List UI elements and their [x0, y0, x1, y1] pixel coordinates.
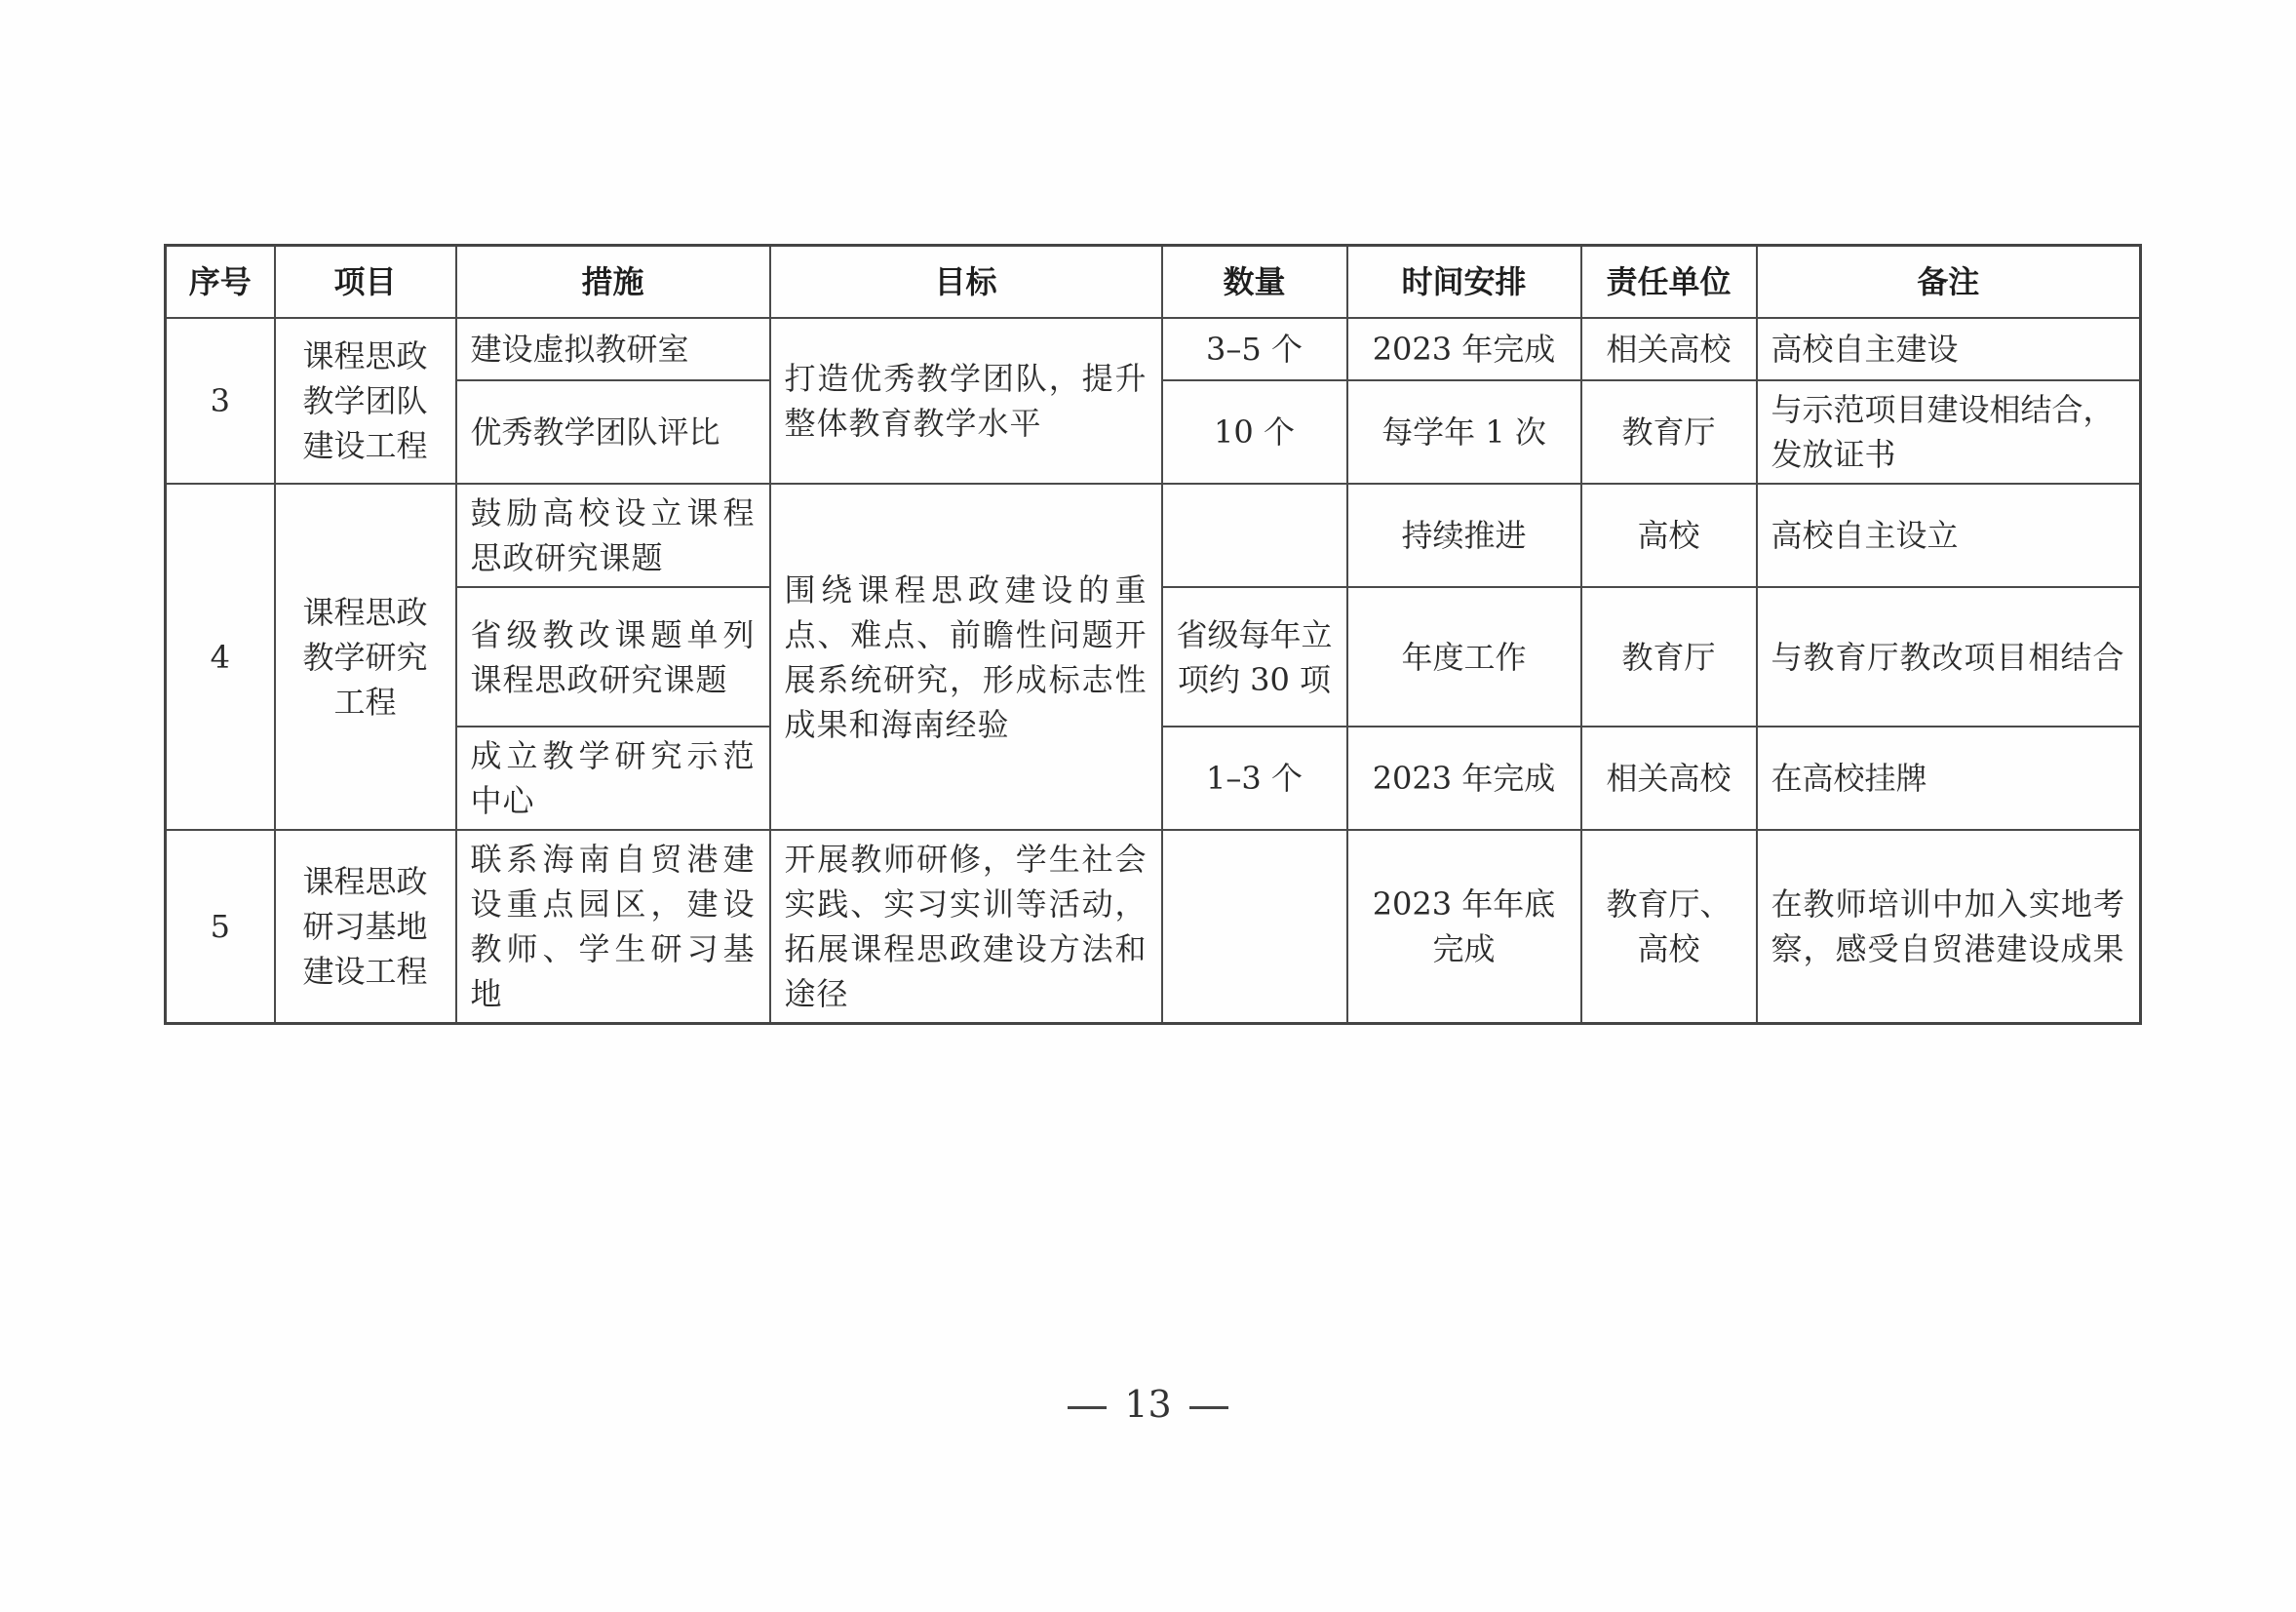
cell-goal: 打造优秀教学团队，提升整体教育教学水平	[770, 318, 1162, 484]
cell-note: 在教师培训中加入实地考察，感受自贸港建设成果	[1757, 830, 2141, 1024]
header-goal: 目标	[770, 246, 1162, 319]
cell-no: 4	[166, 484, 275, 830]
dash-right	[1189, 1406, 1228, 1409]
cell-note: 高校自主建设	[1757, 318, 2141, 380]
document-page: 序号 项目 措施 目标 数量 时间安排 责任单位 备注 3 课程思政教学团队建设…	[0, 0, 2296, 1612]
cell-quantity: 1–3 个	[1162, 727, 1347, 830]
cell-unit: 教育厅	[1581, 587, 1757, 727]
cell-quantity: 省级每年立项约 30 项	[1162, 587, 1347, 727]
cell-measure: 联系海南自贸港建设重点园区，建设教师、学生研习基地	[456, 830, 770, 1024]
cell-project: 课程思政研习基地建设工程	[275, 830, 456, 1024]
cell-unit: 相关高校	[1581, 727, 1757, 830]
page-number-text: 13	[1124, 1383, 1171, 1426]
cell-quantity: 10 个	[1162, 380, 1347, 484]
cell-unit: 教育厅	[1581, 380, 1757, 484]
table-row: 3 课程思政教学团队建设工程 建设虚拟教研室 打造优秀教学团队，提升整体教育教学…	[166, 318, 2141, 380]
page-number: 13	[0, 1383, 2296, 1426]
cell-unit: 教育厅、高校	[1581, 830, 1757, 1024]
cell-unit: 高校	[1581, 484, 1757, 587]
header-no: 序号	[166, 246, 275, 319]
table-row: 4 课程思政教学研究工程 鼓励高校设立课程思政研究课题 围绕课程思政建设的重点、…	[166, 484, 2141, 587]
cell-note: 与教育厅教改项目相结合	[1757, 587, 2141, 727]
cell-measure: 建设虚拟教研室	[456, 318, 770, 380]
table-row: 5 课程思政研习基地建设工程 联系海南自贸港建设重点园区，建设教师、学生研习基地…	[166, 830, 2141, 1024]
cell-project: 课程思政教学研究工程	[275, 484, 456, 830]
cell-measure: 省级教改课题单列课程思政研究课题	[456, 587, 770, 727]
cell-quantity	[1162, 484, 1347, 587]
header-measure: 措施	[456, 246, 770, 319]
cell-schedule: 每学年 1 次	[1347, 380, 1581, 484]
cell-note: 在高校挂牌	[1757, 727, 2141, 830]
cell-goal: 围绕课程思政建设的重点、难点、前瞻性问题开展系统研究，形成标志性成果和海南经验	[770, 484, 1162, 830]
project-plan-table: 序号 项目 措施 目标 数量 时间安排 责任单位 备注 3 课程思政教学团队建设…	[164, 244, 2142, 1025]
header-row: 序号 项目 措施 目标 数量 时间安排 责任单位 备注	[166, 246, 2141, 319]
header-unit: 责任单位	[1581, 246, 1757, 319]
cell-no: 3	[166, 318, 275, 484]
dash-left	[1068, 1406, 1107, 1409]
cell-no: 5	[166, 830, 275, 1024]
cell-goal: 开展教师研修，学生社会实践、实习实训等活动，拓展课程思政建设方法和途径	[770, 830, 1162, 1024]
cell-measure: 鼓励高校设立课程思政研究课题	[456, 484, 770, 587]
header-project: 项目	[275, 246, 456, 319]
cell-schedule: 2023 年完成	[1347, 318, 1581, 380]
header-note: 备注	[1757, 246, 2141, 319]
cell-schedule: 年度工作	[1347, 587, 1581, 727]
cell-quantity	[1162, 830, 1347, 1024]
cell-unit: 相关高校	[1581, 318, 1757, 380]
cell-note: 与示范项目建设相结合，发放证书	[1757, 380, 2141, 484]
cell-schedule: 2023 年完成	[1347, 727, 1581, 830]
cell-project: 课程思政教学团队建设工程	[275, 318, 456, 484]
cell-measure: 优秀教学团队评比	[456, 380, 770, 484]
header-quantity: 数量	[1162, 246, 1347, 319]
cell-note: 高校自主设立	[1757, 484, 2141, 587]
cell-measure: 成立教学研究示范中心	[456, 727, 770, 830]
cell-quantity: 3–5 个	[1162, 318, 1347, 380]
cell-schedule: 持续推进	[1347, 484, 1581, 587]
header-schedule: 时间安排	[1347, 246, 1581, 319]
cell-schedule: 2023 年年底完成	[1347, 830, 1581, 1024]
